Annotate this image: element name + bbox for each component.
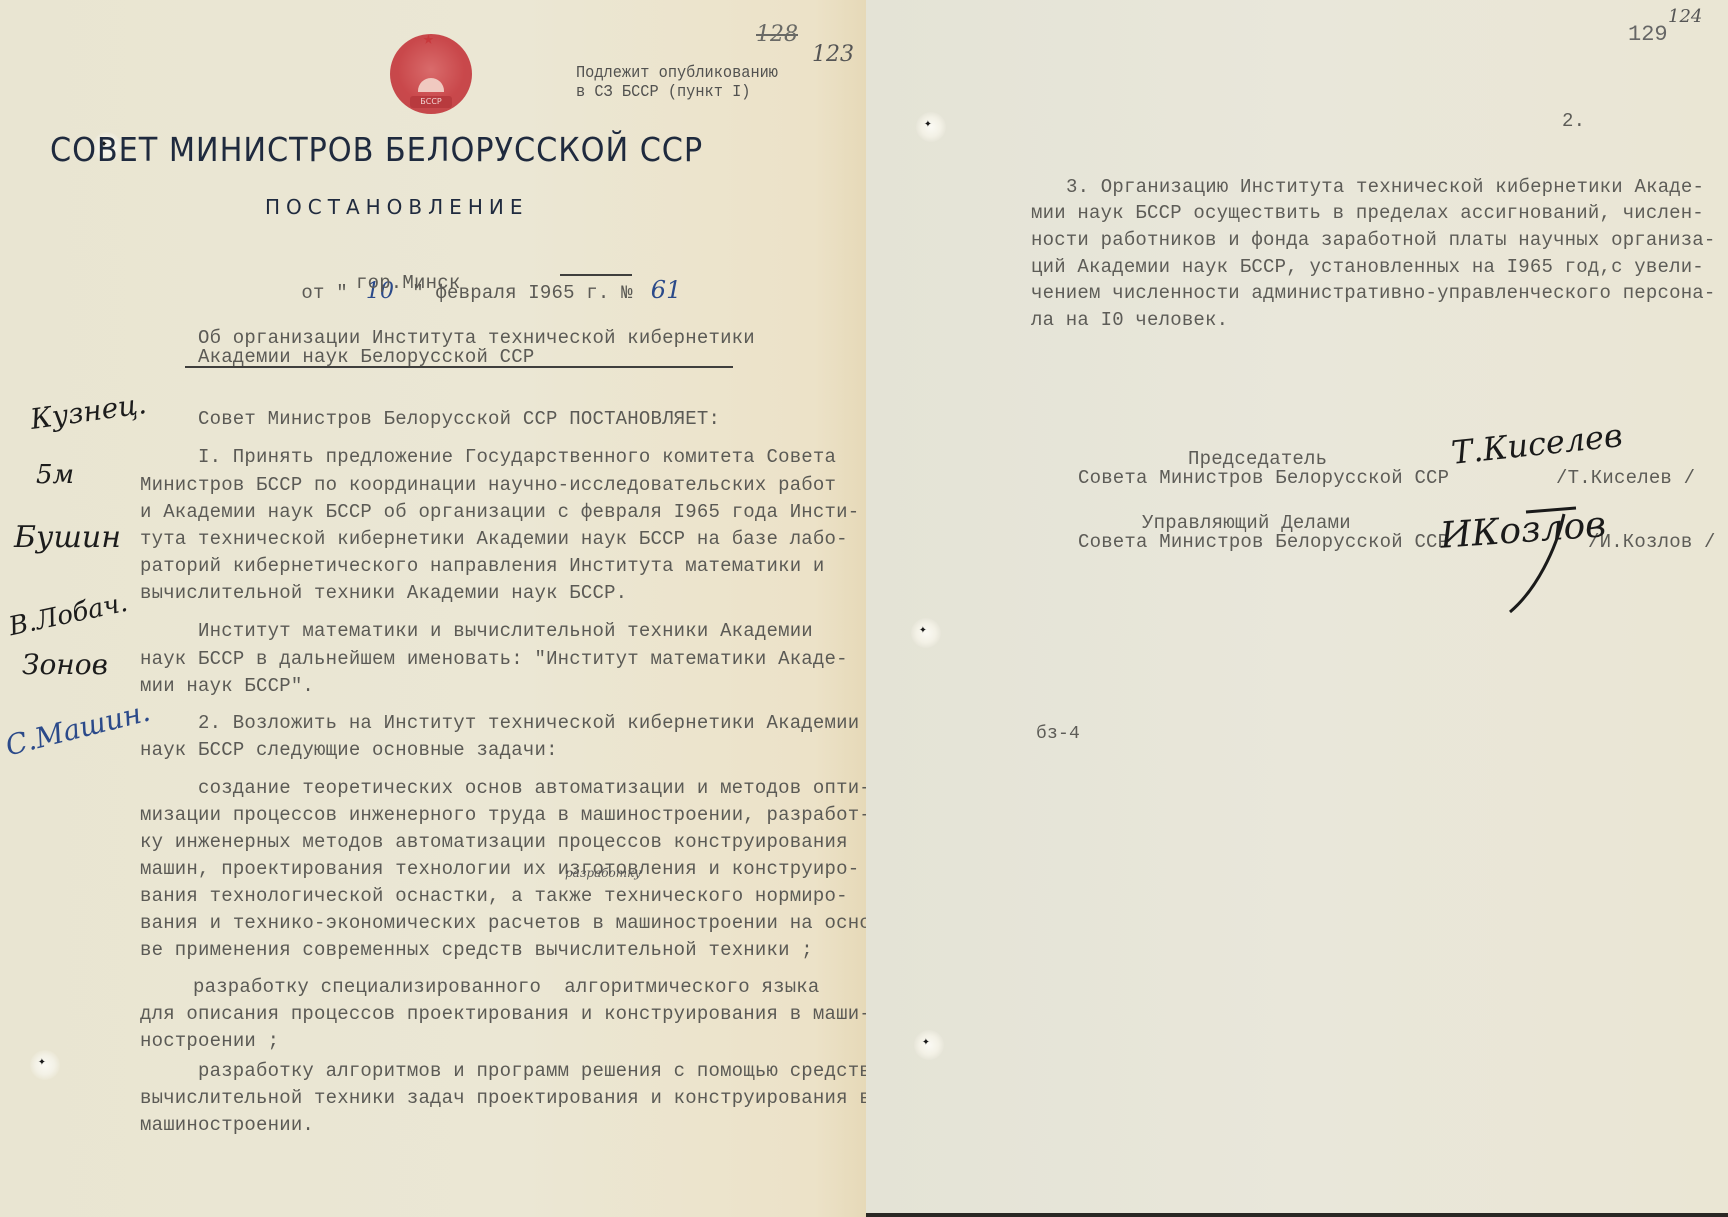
margin-signature: Зонов [22,648,108,681]
body-line: тута технической кибернетики Академии на… [140,526,848,553]
body-line: машиностроении. [140,1112,314,1139]
signatory-org: Совета Министров Белорусской ССР [1078,529,1449,556]
body-line: вычислительной техники задач проектирова… [140,1085,866,1112]
typist-code: бз-4 [1036,721,1080,748]
margin-signature: С.Машин. [2,695,153,763]
body-line: ве применения современных средств вычисл… [140,937,813,964]
publication-note-line-2: в СЗ БССР (пункт I) [576,83,750,102]
body-line: 2. Возложить на Институт технической киб… [198,710,859,737]
subject-underline [185,366,733,368]
body-line: разработку алгоритмов и программ решения… [198,1058,866,1085]
document-page-2: 129 124 2. 3. Организацию Института техн… [866,0,1728,1213]
body-line: создание теоретических основ автоматизац… [198,775,866,802]
page-number: 2. [1562,108,1585,135]
signature: Т.Киселев [1449,416,1624,472]
preamble: Совет Министров Белорусской ССР ПОСТАНОВ… [198,406,720,433]
body-line: вания технологической оснастки, а также … [140,883,848,910]
document-type: ПОСТАНОВЛЕНИЕ [265,195,528,219]
body-line: и Академии наук БССР об организации с фе… [140,499,859,526]
body-line: мии наук БССР". [140,673,314,700]
archive-number-crossed: 128 [756,22,798,47]
signatory-org: Совета Министров Белорусской ССР [1078,465,1449,492]
body-line: ла на I0 человек. [1031,307,1228,334]
document-page-1: 128 123 ★ БССР Подлежит опубликованию в … [0,0,866,1217]
body-line: мизации процессов инженерного труда в ма… [140,802,866,829]
body-line: ций Академии наук БССР, установленных на… [1031,254,1704,281]
issuer-title: СОВЕТ МИНИСТРОВ БЕЛОРУССКОЙ ССР [50,130,703,169]
state-emblem-icon: ★ БССР [390,34,472,114]
signature-stroke [1506,500,1586,620]
body-line: чением численности административно-управ… [1031,280,1716,307]
number-underline [560,274,632,276]
punch-hole [30,1050,60,1080]
body-line: машин, проектирования технологии их изго… [140,856,859,883]
margin-signature: 5м [36,460,74,490]
punch-hole [914,1030,944,1060]
margin-signature: Бушин [14,520,121,555]
archive-number-handwritten: 123 [812,42,854,67]
date-line: от "10" февраля I965 г. №61 [255,250,682,333]
handwritten-insert: разработку [565,866,641,880]
body-line: наук БССР следующие основные задачи: [140,737,558,764]
margin-signature: Кузнец. [28,387,148,436]
punch-hole [911,618,941,648]
body-line: наук БССР в дальнейшем именовать: "Инсти… [140,646,848,673]
document-number: 61 [651,276,682,304]
body-line: Министров БССР по координации научно-исс… [140,472,836,499]
signatory-name: /Т.Киселев / [1556,465,1695,492]
archive-number-handwritten: 124 [1668,6,1702,27]
city: гор.Минск [356,270,460,297]
body-line: Институт математики и вычислительной тех… [198,618,813,645]
archive-number-crossed: 129 [1628,22,1668,47]
body-line: I. Принять предложение Государственного … [198,444,836,471]
body-line: для описания процессов проектирования и … [140,1001,866,1028]
margin-signature: В.Лобач. [6,588,130,642]
publication-note-line-1: Подлежит опубликованию [576,64,778,83]
body-line: разработку специализированного алгоритми… [193,974,820,1001]
body-line: вания и технико-экономических расчетов в… [140,910,866,937]
body-line: ку инженерных методов автоматизации проц… [140,829,848,856]
body-line: мии наук БССР осуществить в пределах асс… [1031,200,1704,227]
body-line: ности работников и фонда заработной плат… [1031,227,1716,254]
punch-hole [916,112,946,142]
body-line: вычислительной техники Академии наук БСС… [140,580,627,607]
body-line: 3. Организацию Института технической киб… [1066,174,1704,201]
body-line: раторий кибернетического направления Инс… [140,553,825,580]
body-line: ностроении ; [140,1028,279,1055]
